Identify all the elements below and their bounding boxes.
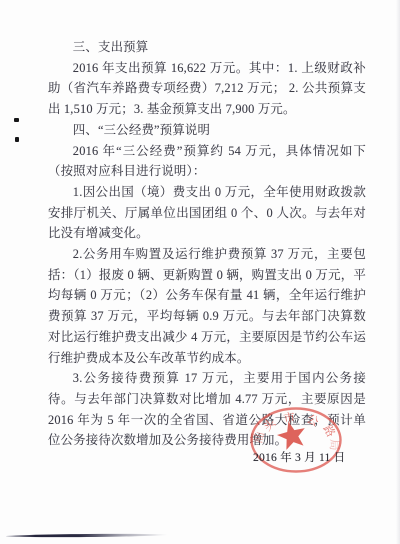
scan-edge-bottom [6,533,168,537]
section-heading: 三、支出预算 [48,37,366,58]
document-body: 三、支出预算2016 年支出预算 16,622 万元。其中：1. 上级财政补助（… [48,37,366,451]
body-paragraph: 2.公务用车购置及运行维护费预算 37 万元，主要包括：（1）报废 0 辆、更新… [48,244,366,368]
official-seal: 汕头市公路局 [247,405,345,479]
body-paragraph: 2016 年支出预算 16,622 万元。其中：1. 上级财政补助（省汽车养路费… [48,58,366,120]
seal-character: 市 [283,411,297,426]
seal-character: 公 [305,412,321,429]
body-paragraph: 1.因公出国（境）费支出 0 万元，全年使用财政拨款安排厅机关、厅属单位出国团组… [48,182,366,244]
scan-mark [15,137,19,142]
scan-mark [14,118,19,122]
body-paragraph: 2016 年“三公经费”预算约 54 万元，具体情况如下（按照对应科目进行说明）… [48,141,366,182]
document-date: 2016 年 3 月 11 日 [253,449,345,465]
scanned-document-page: 三、支出预算2016 年支出预算 16,622 万元。其中：1. 上级财政补助（… [0,0,400,544]
scan-edge-right [396,0,400,544]
section-heading: 四、“三公经费”预算说明 [48,120,366,141]
